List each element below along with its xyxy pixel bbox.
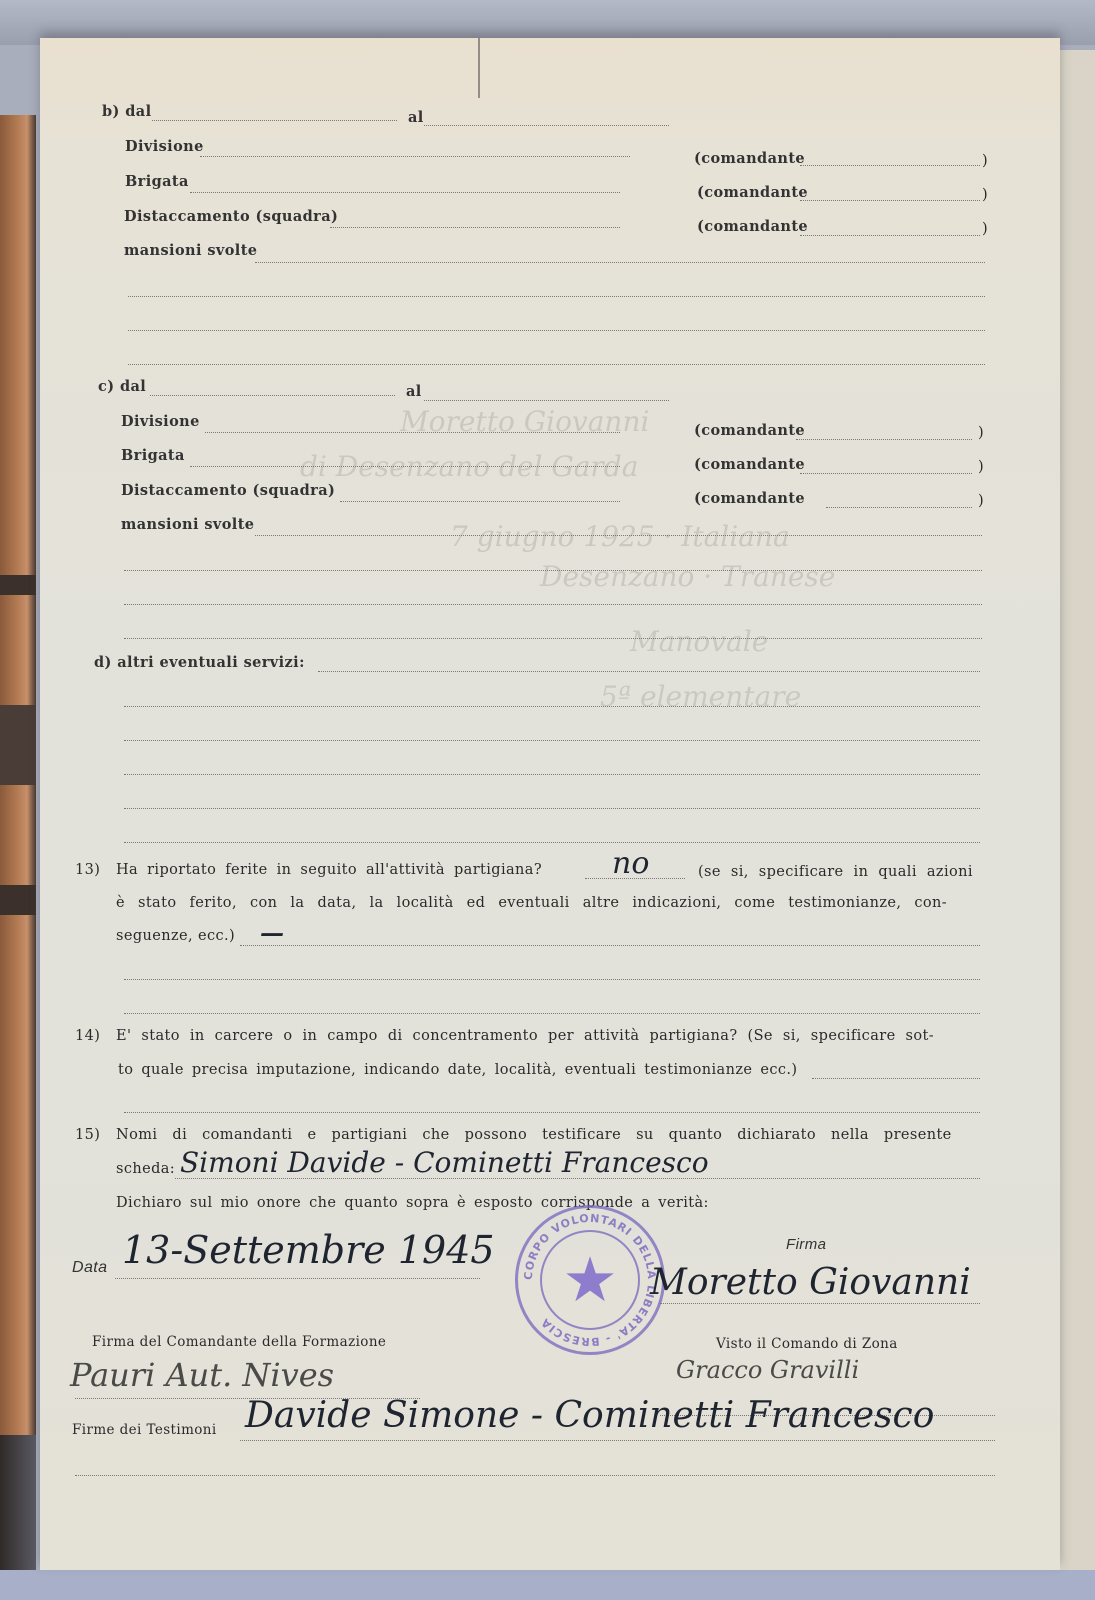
close-paren: ) bbox=[982, 187, 988, 203]
section-d-line[interactable] bbox=[124, 706, 980, 707]
close-paren: ) bbox=[978, 425, 984, 441]
q15-scheda-label: scheda: bbox=[116, 1161, 175, 1177]
section-b-mansioni-line[interactable] bbox=[128, 296, 985, 297]
section-c-mansioni-label: mansioni svolte bbox=[121, 516, 254, 533]
q14-question-line2: to quale precisa imputazione, indicando … bbox=[118, 1062, 797, 1078]
firma-field[interactable] bbox=[660, 1303, 980, 1304]
section-b-brigata-comandante-field[interactable] bbox=[800, 200, 980, 201]
comandante-formazione-label: Firma del Comandante della Formazione bbox=[92, 1334, 386, 1350]
close-paren: ) bbox=[982, 221, 988, 237]
date-value: 13-Settembre 1945 bbox=[122, 1228, 495, 1272]
section-b-divisione-field[interactable] bbox=[200, 156, 630, 157]
section-c-distaccamento-comandante-field[interactable] bbox=[826, 507, 972, 508]
section-c-al-field[interactable] bbox=[424, 400, 669, 401]
binder-spine bbox=[0, 115, 36, 1435]
section-d-field[interactable] bbox=[318, 671, 980, 672]
section-c-dal-field[interactable] bbox=[150, 395, 395, 396]
comando-zona-label: Visto il Comando di Zona bbox=[716, 1336, 898, 1352]
binder-divider bbox=[0, 885, 36, 915]
section-b-mansioni-field[interactable] bbox=[255, 262, 985, 263]
comando-zona-signature: Gracco Gravilli bbox=[676, 1356, 859, 1384]
section-c-mansioni-field[interactable] bbox=[255, 535, 982, 536]
next-page-edge bbox=[1058, 50, 1095, 1570]
binder-divider bbox=[0, 575, 36, 595]
q13-question-cont: (se si, specificare in quali azioni bbox=[698, 864, 973, 880]
section-b-brigata-field[interactable] bbox=[190, 192, 620, 193]
section-b-dal-label: b) dal bbox=[102, 103, 152, 120]
background-bottom bbox=[0, 1570, 1095, 1600]
section-d-label: d) altri eventuali servizi: bbox=[94, 654, 305, 671]
section-b-al-field[interactable] bbox=[424, 125, 669, 126]
comandante-formazione-signature: Pauri Aut. Nives bbox=[70, 1356, 334, 1394]
section-c-brigata-comandante-field[interactable] bbox=[800, 473, 972, 474]
section-b-divisione-label: Divisione bbox=[125, 138, 204, 155]
section-c-brigata-label: Brigata bbox=[121, 447, 185, 464]
section-c-comandante-label: (comandante bbox=[694, 490, 805, 507]
section-b-comandante-label: (comandante bbox=[694, 150, 805, 167]
section-c-mansioni-line[interactable] bbox=[124, 638, 982, 639]
date-field[interactable] bbox=[115, 1278, 480, 1279]
firma-label: Firma bbox=[786, 1236, 826, 1253]
testimoni-label: Firme dei Testimoni bbox=[72, 1422, 217, 1438]
bleed-through-text: Moretto Giovanni bbox=[400, 405, 649, 438]
q13-question: Ha riportato ferite in seguito all'attiv… bbox=[116, 862, 542, 878]
section-c-mansioni-line[interactable] bbox=[124, 604, 982, 605]
testimoni-extra-line[interactable] bbox=[75, 1475, 995, 1476]
firma-value: Moretto Giovanni bbox=[650, 1262, 971, 1303]
q13-number: 13) bbox=[75, 862, 100, 878]
section-c-brigata-field[interactable] bbox=[190, 466, 620, 467]
q13-question-line3: seguenze, ecc.) bbox=[116, 928, 235, 944]
q13-answer-dash: — bbox=[260, 918, 284, 947]
star-icon: ★ bbox=[542, 1232, 638, 1328]
section-c-distaccamento-label: Distaccamento (squadra) bbox=[121, 482, 335, 499]
section-c-distaccamento-field[interactable] bbox=[340, 501, 620, 502]
section-b-distaccamento-comandante-field[interactable] bbox=[800, 235, 980, 236]
section-b-dal-field[interactable] bbox=[152, 120, 397, 121]
section-c-comandante-label: (comandante bbox=[694, 422, 805, 439]
section-b-distaccamento-field[interactable] bbox=[330, 227, 620, 228]
q15-number: 15) bbox=[75, 1127, 100, 1143]
section-c-divisione-comandante-field[interactable] bbox=[796, 439, 972, 440]
section-c-comandante-label: (comandante bbox=[694, 456, 805, 473]
bleed-through-text: 7 giugno 1925 · Italiana bbox=[450, 520, 790, 553]
section-b-distaccamento-label: Distaccamento (squadra) bbox=[124, 208, 338, 225]
close-paren: ) bbox=[978, 493, 984, 509]
section-c-al-label: al bbox=[406, 383, 422, 400]
section-b-comandante-label: (comandante bbox=[697, 218, 808, 235]
section-b-mansioni-line[interactable] bbox=[128, 364, 985, 365]
section-c-dal-label: c) dal bbox=[98, 378, 146, 395]
section-c-mansioni-line[interactable] bbox=[124, 570, 982, 571]
close-paren: ) bbox=[978, 459, 984, 475]
section-b-brigata-label: Brigata bbox=[125, 173, 189, 190]
section-b-comandante-label: (comandante bbox=[697, 184, 808, 201]
q13-question-line2: è stato ferito, con la data, la località… bbox=[116, 895, 947, 911]
section-d-line[interactable] bbox=[124, 842, 980, 843]
date-label: Data bbox=[72, 1259, 107, 1277]
section-b-al-label: al bbox=[408, 109, 424, 126]
official-stamp: CORPO VOLONTARI DELLA LIBERTA' - BRESCIA… bbox=[515, 1205, 665, 1355]
section-d-line[interactable] bbox=[124, 808, 980, 809]
section-b-mansioni-line[interactable] bbox=[128, 330, 985, 331]
testimoni-field[interactable] bbox=[240, 1440, 995, 1441]
q14-answer-field[interactable] bbox=[812, 1078, 980, 1079]
binder-divider bbox=[0, 705, 36, 785]
q14-number: 14) bbox=[75, 1028, 100, 1044]
bleed-through-text: Desenzano · Tranese bbox=[540, 560, 835, 593]
section-b-divisione-comandante-field[interactable] bbox=[800, 165, 980, 166]
q13-answer: no bbox=[612, 846, 649, 881]
section-d-line[interactable] bbox=[124, 740, 980, 741]
section-b-mansioni-label: mansioni svolte bbox=[124, 242, 257, 259]
q13-line[interactable] bbox=[124, 979, 980, 980]
q13-line[interactable] bbox=[124, 1013, 980, 1014]
q14-question: E' stato in carcere o in campo di concen… bbox=[116, 1028, 934, 1044]
q13-details-field[interactable] bbox=[240, 945, 980, 946]
section-c-divisione-label: Divisione bbox=[121, 413, 200, 430]
section-c-divisione-field[interactable] bbox=[205, 432, 620, 433]
paper-tear bbox=[478, 38, 480, 98]
q15-question: Nomi di comandanti e partigiani che poss… bbox=[116, 1127, 952, 1143]
section-d-line[interactable] bbox=[124, 774, 980, 775]
stamp-inner-ring: ★ bbox=[540, 1230, 640, 1330]
close-paren: ) bbox=[982, 153, 988, 169]
bleed-through-text: 5ª elementare bbox=[600, 680, 801, 713]
q15-answer: Simoni Davide - Cominetti Francesco bbox=[180, 1146, 709, 1179]
q14-line[interactable] bbox=[124, 1112, 980, 1113]
testimoni-signature: Davide Simone - Cominetti Francesco bbox=[245, 1395, 934, 1436]
bleed-through-text: Manovale bbox=[630, 625, 768, 658]
